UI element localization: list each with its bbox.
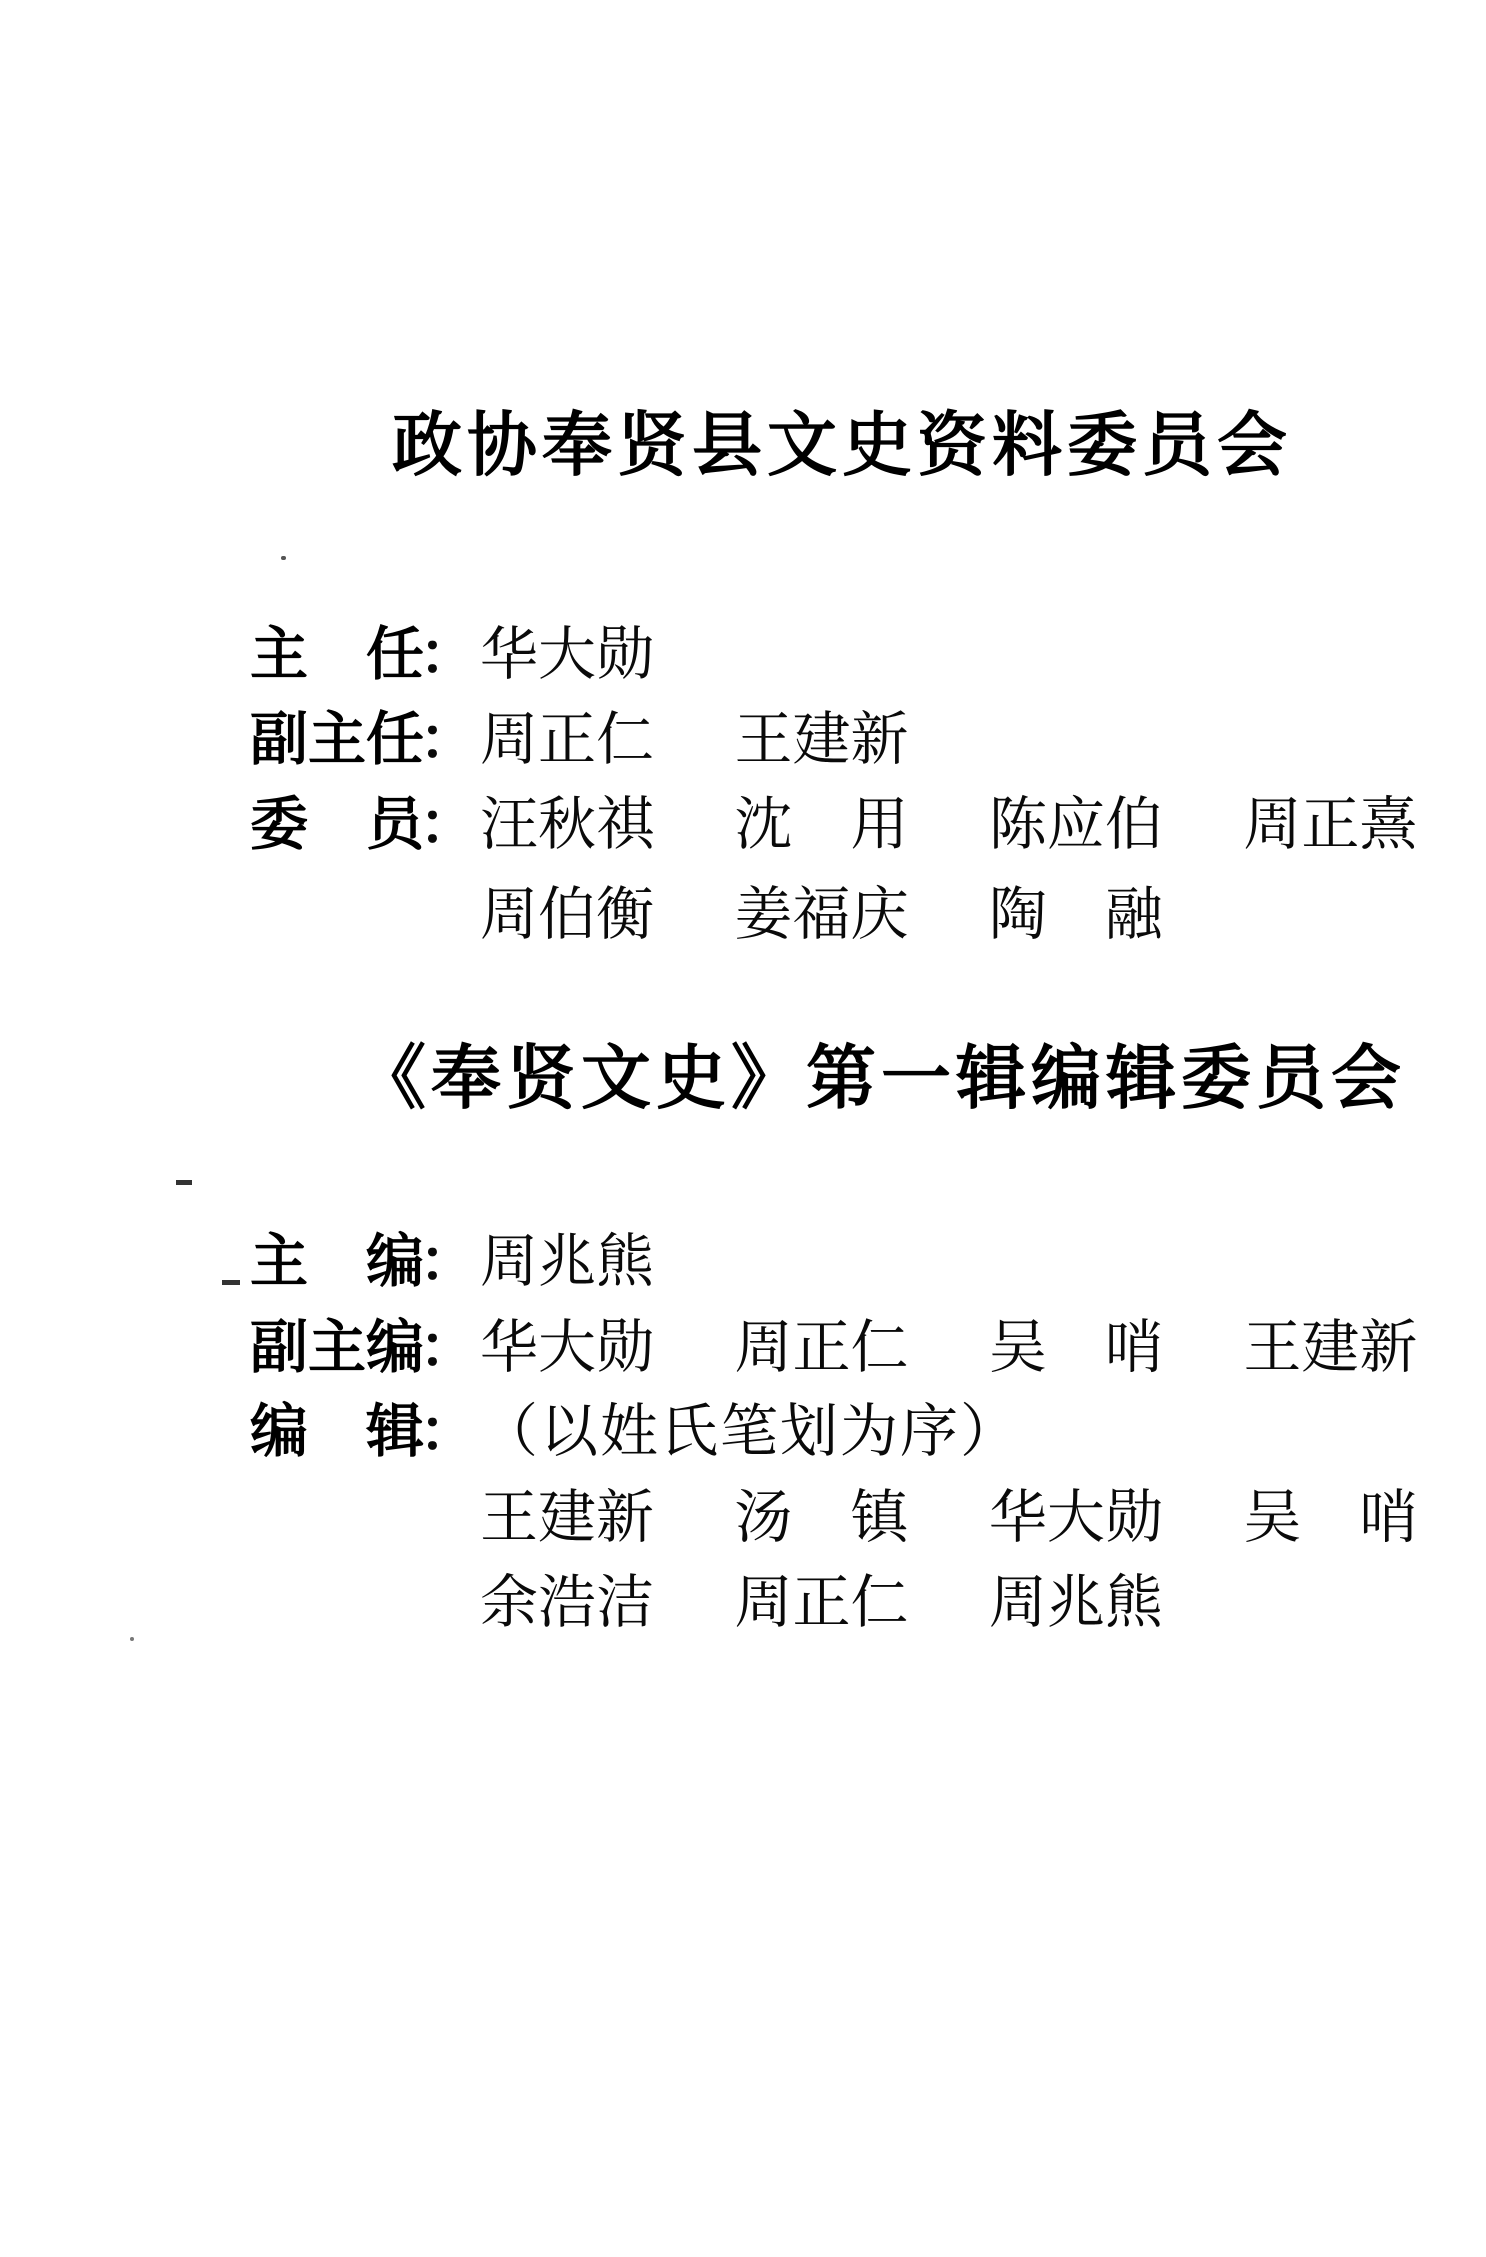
label-colon: ： <box>419 1318 477 1376</box>
label-colon: ： <box>419 795 477 853</box>
name-list: 王建新 汤 镇 华大勋 吴 哨 <box>480 1488 1417 1546</box>
person-name: 王建新 <box>1243 1318 1417 1376</box>
person-name: 周正仁 <box>734 1573 908 1631</box>
name-list: 周兆熊 <box>480 1232 654 1290</box>
row-label: 副主编 <box>250 1318 424 1376</box>
person-name: 王建新 <box>734 710 908 768</box>
person-name: 华大勋 <box>989 1488 1163 1546</box>
person-name: 沈 用 <box>734 795 908 853</box>
surname-stroke-order-note: （以姓氏笔划为序） <box>480 1402 1020 1460</box>
label-colon: ： <box>419 710 477 768</box>
person-name: 吴 哨 <box>1243 1488 1417 1546</box>
row-label: 编 辑 <box>250 1402 424 1460</box>
person-name: 周兆熊 <box>480 1232 654 1290</box>
person-name: 周兆熊 <box>989 1573 1163 1631</box>
person-name: 周正仁 <box>480 710 654 768</box>
person-name: 周伯衡 <box>480 885 654 943</box>
name-list: （以姓氏笔划为序） <box>480 1402 1020 1460</box>
name-list: 汪秋祺 沈 用 陈应伯 周正熹 <box>480 795 1417 853</box>
person-name: 汤 镇 <box>734 1488 908 1546</box>
person-name: 余浩洁 <box>480 1573 654 1631</box>
person-name: 吴 哨 <box>989 1318 1163 1376</box>
scan-speck <box>281 556 286 560</box>
row-label: 委 员 <box>250 795 424 853</box>
name-list: 周伯衡 姜福庆 陶 融 <box>480 885 1163 943</box>
row-label: 主 任 <box>250 625 424 683</box>
name-list: 周正仁 王建新 <box>480 710 908 768</box>
label-colon: ： <box>419 1402 477 1460</box>
person-name: 周正仁 <box>734 1318 908 1376</box>
person-name: 汪秋祺 <box>480 795 654 853</box>
label-colon: ： <box>419 625 477 683</box>
scan-speck <box>222 1280 240 1285</box>
person-name: 华大勋 <box>480 625 654 683</box>
name-list: 余浩洁 周正仁 周兆熊 <box>480 1573 1163 1631</box>
scan-speck <box>130 1637 134 1641</box>
scanned-book-page: 政协奉贤县文史资料委员会 主 任 ： 华大勋 副主任 ： 周正仁 王建新 委 员… <box>0 0 1486 2257</box>
row-label: 主 编 <box>250 1232 424 1290</box>
person-name: 王建新 <box>480 1488 654 1546</box>
person-name: 陈应伯 <box>989 795 1163 853</box>
scan-speck <box>176 1180 192 1185</box>
row-label: 副主任 <box>250 710 424 768</box>
name-list: 华大勋 <box>480 625 654 683</box>
person-name: 陶 融 <box>989 885 1163 943</box>
person-name: 周正熹 <box>1243 795 1417 853</box>
person-name: 华大勋 <box>480 1318 654 1376</box>
person-name: 姜福庆 <box>734 885 908 943</box>
label-colon: ： <box>419 1232 477 1290</box>
committee-title-main: 政协奉贤县文史资料委员会 <box>392 410 1292 480</box>
editorial-board-title: 《奉贤文史》第一辑编辑委员会 <box>356 1043 1406 1113</box>
name-list: 华大勋 周正仁 吴 哨 王建新 <box>480 1318 1417 1376</box>
